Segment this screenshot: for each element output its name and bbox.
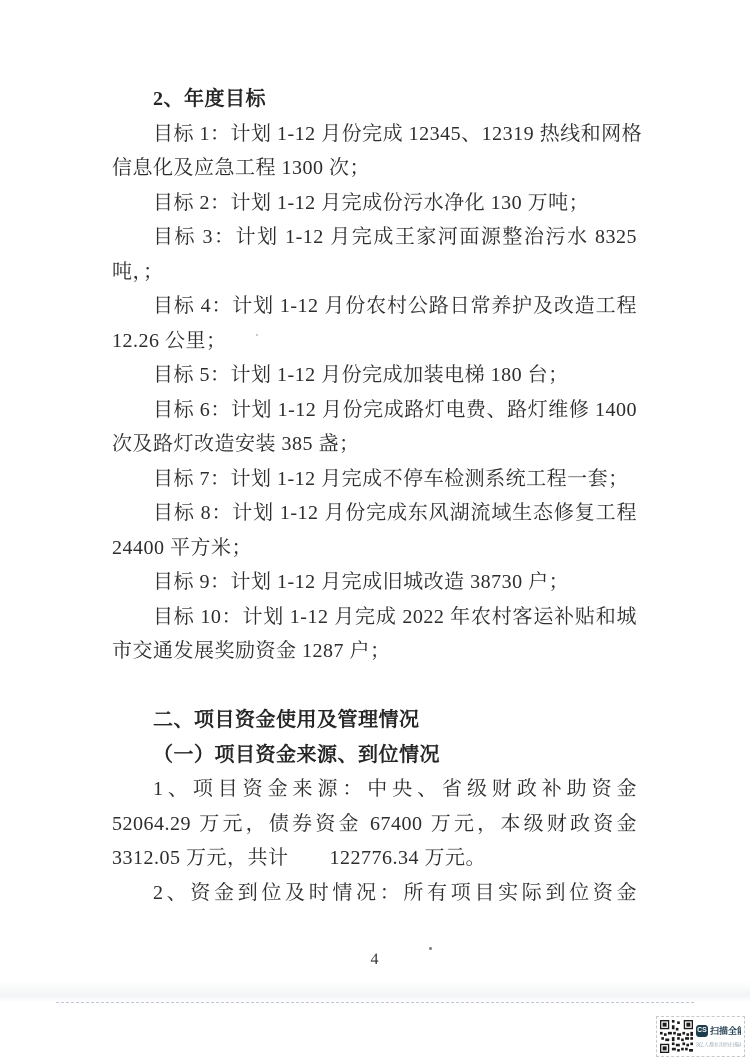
- blank-line: [112, 669, 637, 704]
- doc-line: 1、项目资金来源：中央、省级财政补助资金: [112, 772, 637, 807]
- doc-line: 2、资金到位及时情况：所有项目实际到位资金: [112, 876, 637, 911]
- doc-line: 2、年度目标: [112, 82, 637, 117]
- paragraph: 目标 1：计划 1-12 月份完成 12345、12319 热线和网格信息化及应…: [112, 117, 637, 186]
- doc-line: 24400 平方米；: [112, 531, 637, 566]
- document-text-block: 2、年度目标目标 1：计划 1-12 月份完成 12345、12319 热线和网…: [112, 82, 637, 910]
- watermark-tagline: 3亿人都在用的扫描App: [696, 1041, 728, 1048]
- paragraph: 目标 2：计划 1-12 月完成份污水净化 130 万吨；: [112, 186, 637, 221]
- doc-line: 目标 1：计划 1-12 月份完成 12345、12319 热线和网格: [112, 117, 637, 152]
- section-heading: 二、项目资金使用及管理情况: [112, 703, 637, 738]
- doc-line: （一）项目资金来源、到位情况: [112, 738, 637, 773]
- doc-line: 目标 4：计划 1-12 月份农村公路日常养护及改造工程: [112, 289, 637, 324]
- doc-line: 目标 3：计划 1-12 月完成王家河面源整治污水 8325: [112, 220, 637, 255]
- scan-speck: [429, 947, 432, 950]
- paragraph: 目标 8：计划 1-12 月份完成东风湖流域生态修复工程24400 平方米；: [112, 496, 637, 565]
- camscanner-logo-icon: CS: [696, 1025, 708, 1037]
- camscanner-watermark: CS 扫描全能王 3亿人都在用的扫描App: [656, 1016, 745, 1057]
- doc-line: 目标 8：计划 1-12 月份完成东风湖流域生态修复工程: [112, 496, 637, 531]
- doc-line: 目标 9：计划 1-12 月完成旧城改造 38730 户；: [112, 565, 637, 600]
- watermark-title-row: CS 扫描全能王: [696, 1024, 741, 1038]
- paragraph: 2、资金到位及时情况：所有项目实际到位资金: [112, 876, 637, 911]
- page-number: 4: [112, 951, 637, 969]
- qr-code-icon: [660, 1020, 693, 1053]
- doc-line: 目标 7：计划 1-12 月完成不停车检测系统工程一套；: [112, 462, 637, 497]
- paragraph: 目标 6：计划 1-12 月份完成路灯电费、路灯维修 1400次及路灯改造安装 …: [112, 393, 637, 462]
- paragraph: 目标 4：计划 1-12 月份农村公路日常养护及改造工程12.26 公里；: [112, 289, 637, 358]
- paragraph: 目标 5：计划 1-12 月份完成加装电梯 180 台；: [112, 358, 637, 393]
- watermark-app-name: 扫描全能王: [710, 1024, 741, 1037]
- paragraph: 目标 7：计划 1-12 月完成不停车检测系统工程一套；: [112, 462, 637, 497]
- doc-line: 目标 5：计划 1-12 月份完成加装电梯 180 台；: [112, 358, 637, 393]
- section-heading: 2、年度目标: [112, 82, 637, 117]
- doc-line: 3312.05 万元，共计 122776.34 万元。: [112, 841, 637, 876]
- page-edge-shadow: [0, 981, 750, 1002]
- doc-line: 目标 2：计划 1-12 月完成份污水净化 130 万吨；: [112, 186, 637, 221]
- doc-line: 52064.29 万元，债券资金 67400 万元，本级财政资金: [112, 807, 637, 842]
- doc-line: 次及路灯改造安装 385 盏；: [112, 427, 637, 462]
- section-heading: （一）项目资金来源、到位情况: [112, 738, 637, 773]
- paragraph: 1、项目资金来源：中央、省级财政补助资金52064.29 万元，债券资金 674…: [112, 772, 637, 876]
- document-page: 2、年度目标目标 1：计划 1-12 月份完成 12345、12319 热线和网…: [0, 0, 750, 1061]
- doc-line: 市交通发展奖励资金 1287 户；: [112, 634, 637, 669]
- page-edge-line: [56, 1002, 694, 1003]
- doc-line: 12.26 公里；: [112, 324, 637, 359]
- paragraph: 目标 10：计划 1-12 月完成 2022 年农村客运补贴和城市交通发展奖励资…: [112, 600, 637, 669]
- doc-line: 二、项目资金使用及管理情况: [112, 703, 637, 738]
- doc-line: 目标 6：计划 1-12 月份完成路灯电费、路灯维修 1400: [112, 393, 637, 428]
- doc-line: 信息化及应急工程 1300 次；: [112, 151, 637, 186]
- paragraph: 目标 9：计划 1-12 月完成旧城改造 38730 户；: [112, 565, 637, 600]
- watermark-text-column: CS 扫描全能王 3亿人都在用的扫描App: [696, 1024, 741, 1050]
- doc-line: 目标 10：计划 1-12 月完成 2022 年农村客运补贴和城: [112, 600, 637, 635]
- doc-line: 吨，；: [112, 255, 637, 290]
- paragraph: 目标 3：计划 1-12 月完成王家河面源整治污水 8325吨，；: [112, 220, 637, 289]
- scan-speck: [256, 334, 258, 336]
- doc-line: [112, 669, 637, 704]
